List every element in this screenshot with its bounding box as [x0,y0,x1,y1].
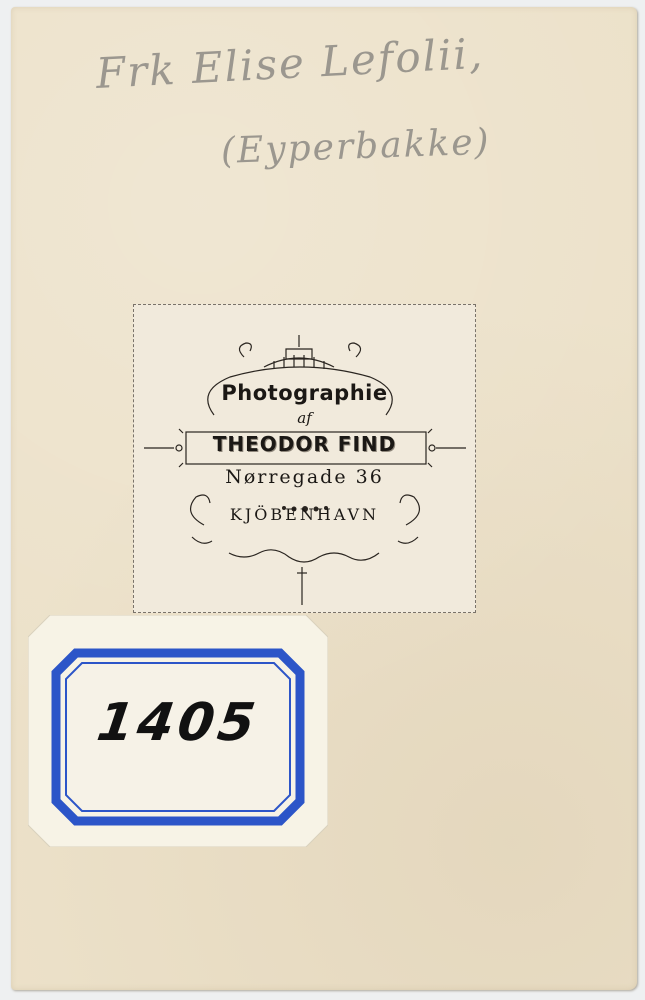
pencil-inscription-name: Frk Elise Lefolii, [95,29,486,98]
pencil-inscription-place: (Eyperbakke) [220,122,491,172]
studio-address: Nørregade 36 [134,466,475,488]
catalog-number: 1405 [24,693,332,753]
catalog-label: 1405 [28,615,328,847]
stamp-connector: af [134,409,475,427]
photographer-name: THEODOR FIND [134,432,475,456]
stamp-heading: Photographie [134,381,475,405]
studio-stamp: Photographie af THEODOR FIND Nørregade 3… [133,304,476,613]
studio-city: KJÖBENHAVN [134,505,475,524]
stamp-ornament-icon [134,305,477,614]
